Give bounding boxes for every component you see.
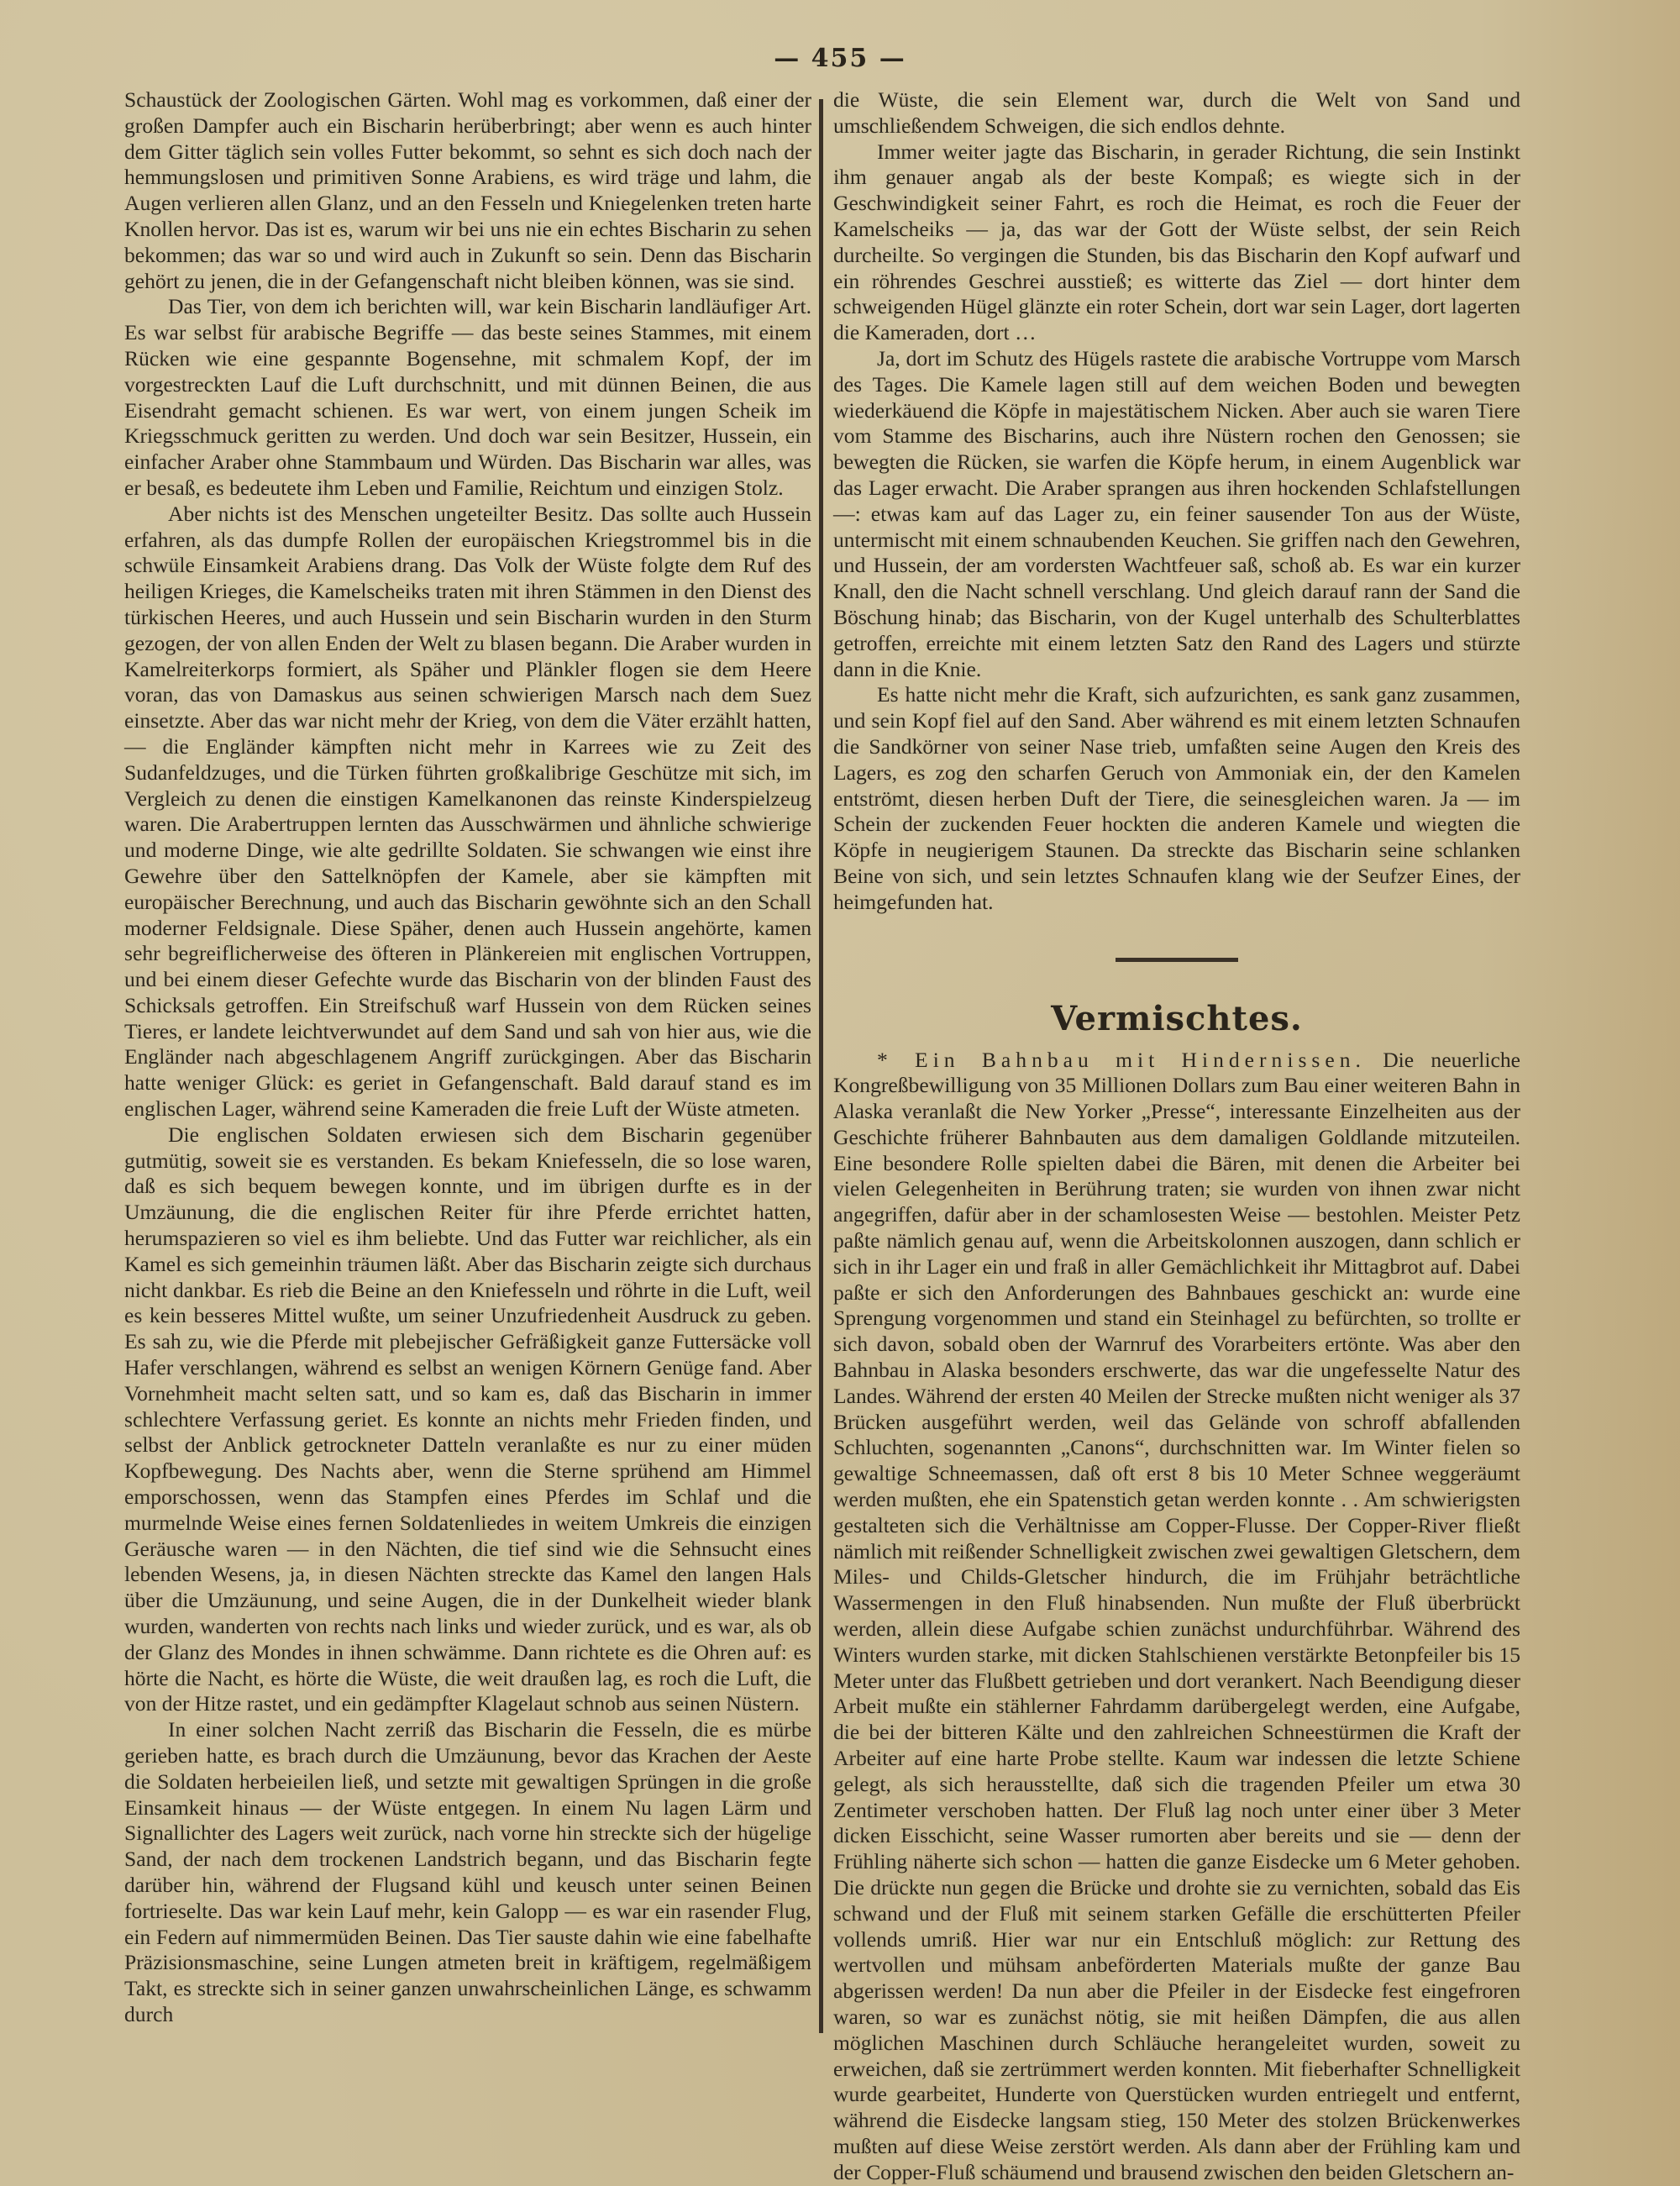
section-title: Vermischtes. (833, 999, 1520, 1039)
paragraph: Es hatte nicht mehr die Kraft, sich aufz… (833, 682, 1520, 915)
paragraph: Ja, dort im Schutz des Hügels rastete di… (833, 346, 1520, 682)
column-divider (819, 99, 823, 2033)
left-column: Schaustück der Zoologischen Gärten. Wohl… (124, 87, 811, 2028)
paragraph: Schaustück der Zoologischen Gärten. Wohl… (124, 87, 811, 294)
paragraph: Immer weiter jagte das Bischarin, in ger… (833, 139, 1520, 346)
paragraph: Das Tier, von dem ich berichten will, wa… (124, 294, 811, 501)
paragraph: Die englischen Soldaten erwiesen sich de… (124, 1122, 811, 1717)
article-headline: * Ein Bahnbau mit Hindernissen. (877, 1048, 1366, 1072)
article-paragraph: * Ein Bahnbau mit Hindernissen. Die neue… (833, 1048, 1520, 2186)
page-number: — 455 — (0, 44, 1680, 73)
article-body: Die neuerliche Kongreßbewilligung von 35… (833, 1048, 1520, 2184)
right-column: die Wüste, die sein Element war, durch d… (833, 87, 1520, 2186)
section-separator-rule (1116, 958, 1238, 962)
paragraph: Aber nichts ist des Menschen ungeteilter… (124, 502, 811, 1122)
paragraph: die Wüste, die sein Element war, durch d… (833, 87, 1520, 139)
paragraph: In einer solchen Nacht zerriß das Bischa… (124, 1717, 811, 2028)
